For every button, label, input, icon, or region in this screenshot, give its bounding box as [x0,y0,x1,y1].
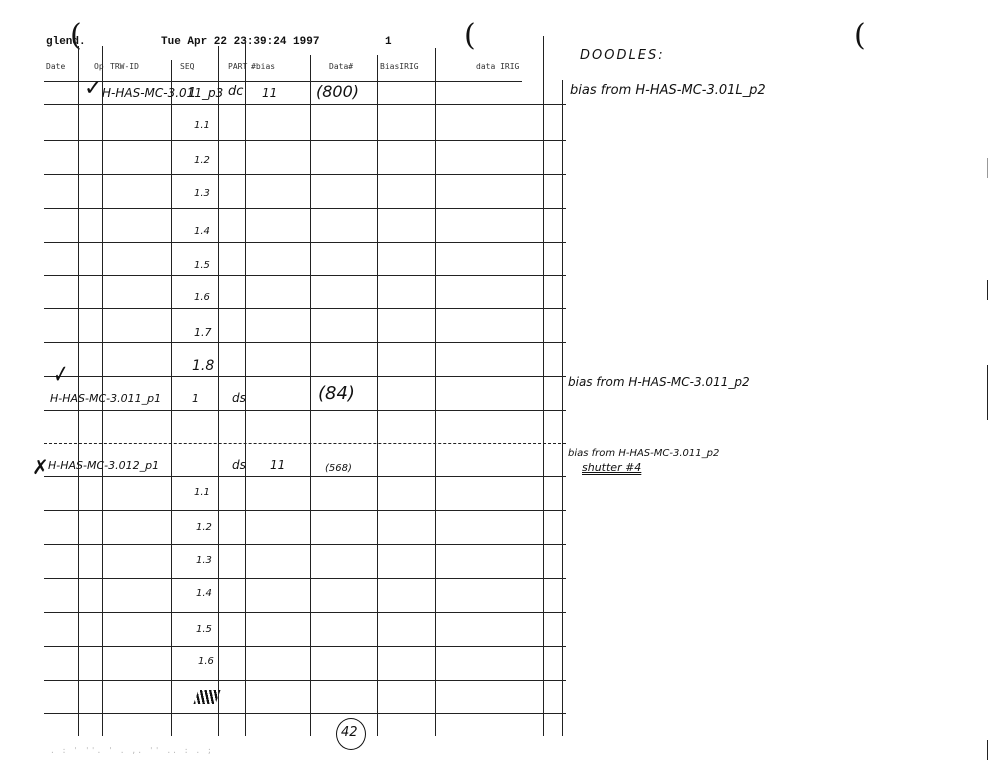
grid-hline [44,174,566,175]
grid-vline [102,46,103,736]
edge-mark [987,365,988,420]
grid-hline [44,410,566,411]
seq-cell: 1.3 [196,555,212,566]
grid-vline [543,36,544,736]
seq-cell: 1 [192,392,199,405]
note-shutter: shutter #4 [582,461,641,474]
part-cell: ds [232,391,246,405]
grid-hline [44,104,566,105]
grid-vline [78,46,79,736]
part-cell: dc [228,84,243,99]
grid-hline [44,242,566,243]
note-row-12: bias from H-HAS-MC-3.011_p2 [568,448,719,459]
seq-cell: 1.6 [194,292,210,303]
grid-hline [44,443,566,444]
seq-cell: 1.4 [194,226,210,237]
grid-hline [44,208,566,209]
col-trw-id: TRW-ID [110,62,139,71]
grid-hline [44,376,566,377]
grid-hline [44,680,566,681]
grid-hline [44,646,566,647]
seq-cell: 1.6 [198,656,214,667]
trw-id-cell: H-HAS-MC-3.012_p1 [48,459,159,472]
edge-mark [987,158,988,178]
page-number: 1 [385,36,392,48]
seq-cell: 1.5 [196,624,212,635]
data-cell: (568) [325,463,352,474]
data-cell: (800) [316,82,359,101]
edge-mark [987,280,988,300]
grid-hline [44,544,566,545]
timestamp: Tue Apr 22 23:39:24 1997 [161,36,319,48]
bias-cell: 11 [270,458,285,472]
note-row-10: bias from H-HAS-MC-3.011_p2 [568,375,750,389]
grid-hline [44,476,566,477]
bias-cell: 11 [262,86,277,100]
trw-id-cell: H-HAS-MC-3.011_p1 [50,392,161,405]
doodles-heading: DOODLES: [580,48,665,63]
checkmark: ✓ [53,360,68,390]
col-bias-irig: BiasIRIG [380,62,419,71]
col-seq: SEQ [180,62,194,71]
seq-cell: 1.7 [194,326,212,339]
seq-cell: 1 [188,86,196,101]
grid-hline [44,308,566,309]
x-mark: ✗ [32,455,49,479]
seq-cell: 1.5 [194,260,210,271]
grid-vline [218,46,219,736]
col-bias: #bias [251,62,275,71]
grid-hline [44,713,566,714]
scribble-mark [193,690,220,704]
grid-hline [44,81,522,82]
grid-vline [310,55,311,736]
circled-page-number: 42 [341,725,358,740]
edge-mark [987,740,988,760]
scan-noise: . : ' ''. ' . ,. '' .. : . ; [50,746,213,755]
grid-hline [44,275,566,276]
grid-hline [44,140,566,141]
checkmark: ✓ [84,76,102,101]
grid-vline [171,60,172,736]
seq-cell: 1.2 [196,522,212,533]
seq-cell: 1.3 [194,188,210,199]
grid-vline [435,48,436,736]
paren-mark: ( [464,18,476,53]
part-cell: ds [232,458,246,472]
grid-vline [562,80,563,736]
col-date: Date [46,62,65,71]
note-row-1: bias from H-HAS-MC-3.01L_p2 [570,83,766,98]
col-data: Data# [329,62,353,71]
grid-vline [377,55,378,736]
paren-mark: ( [854,18,866,53]
grid-hline [44,578,566,579]
paren-mark: ( [70,18,82,53]
grid-hline [44,342,566,343]
seq-cell: 1.2 [194,155,210,166]
grid-hline [44,510,566,511]
seq-cell: 1.1 [194,487,210,498]
seq-cell: 1.8 [192,358,214,374]
seq-cell: 1.1 [194,120,210,131]
seq-cell: 1.4 [196,588,212,599]
data-cell: (84) [318,383,355,404]
grid-hline [44,612,566,613]
trw-id-cell: H-HAS-MC-3.011_p3 [102,86,223,100]
col-data-irig: data IRIG [476,62,519,71]
grid-vline [245,40,246,736]
